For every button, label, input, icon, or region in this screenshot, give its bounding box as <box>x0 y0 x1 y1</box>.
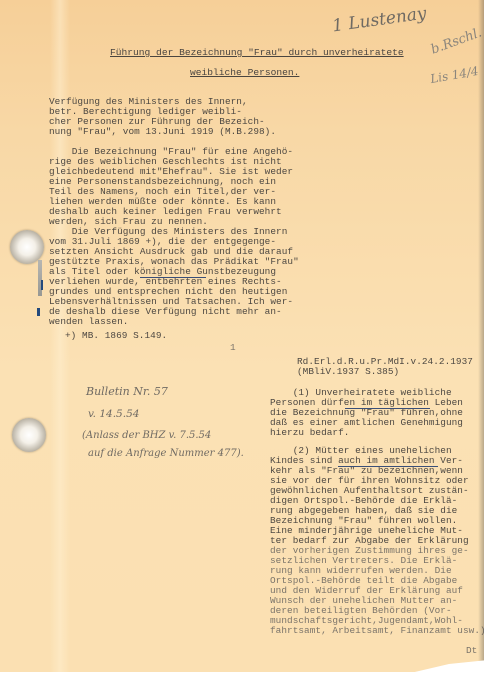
footnote: +) MB. 1869 S.149. <box>65 331 167 341</box>
document-title-line-2: weibliche Personen. <box>190 67 299 78</box>
margin-number: 1 <box>230 343 236 353</box>
handwritten-note-left: v. 14.5.54 <box>88 408 139 420</box>
handwritten-note-left: Bulletin Nr. 57 <box>86 385 168 398</box>
document-page: 1 Lustenay b.Rschl. Lis 14/4 Führung der… <box>0 0 484 672</box>
blue-margin-mark-icon <box>41 280 43 290</box>
page-continuation-mark: Dt <box>466 646 477 656</box>
section-1-line: hierzu bedarf. <box>270 428 349 438</box>
body-line: wenden lassen. <box>49 317 128 327</box>
handwritten-note-left: (Anlass der BHZ v. 7.5.54 <box>82 430 211 441</box>
punch-hole-bottom-icon <box>12 418 46 452</box>
document-title-line-1: Führung der Bezeichnung "Frau" durch unv… <box>110 47 404 58</box>
handwritten-note-left: auf die Anfrage Nummer 477). <box>88 448 244 459</box>
handwritten-note-top-1: 1 Lustenay <box>331 4 428 37</box>
blue-margin-mark-icon <box>37 308 40 316</box>
section-2-line: fahrtsamt, Arbeitsamt, Finanzamt usw.)mi… <box>270 626 484 636</box>
handwritten-note-top-3: Lis 14/4 <box>429 64 479 86</box>
decree-reference-line: (MBliV.1937 S.385) <box>297 367 399 377</box>
blue-underline <box>338 466 438 467</box>
blue-underline <box>140 277 206 278</box>
paper-clip-mark-icon <box>38 260 42 296</box>
handwritten-note-top-2: b.Rschl. <box>429 25 484 57</box>
reference-line: nung "Frau", vom 13.Juni 1919 (M.B.298). <box>49 127 276 137</box>
punch-hole-top-icon <box>10 230 44 264</box>
blue-underline <box>345 408 430 409</box>
